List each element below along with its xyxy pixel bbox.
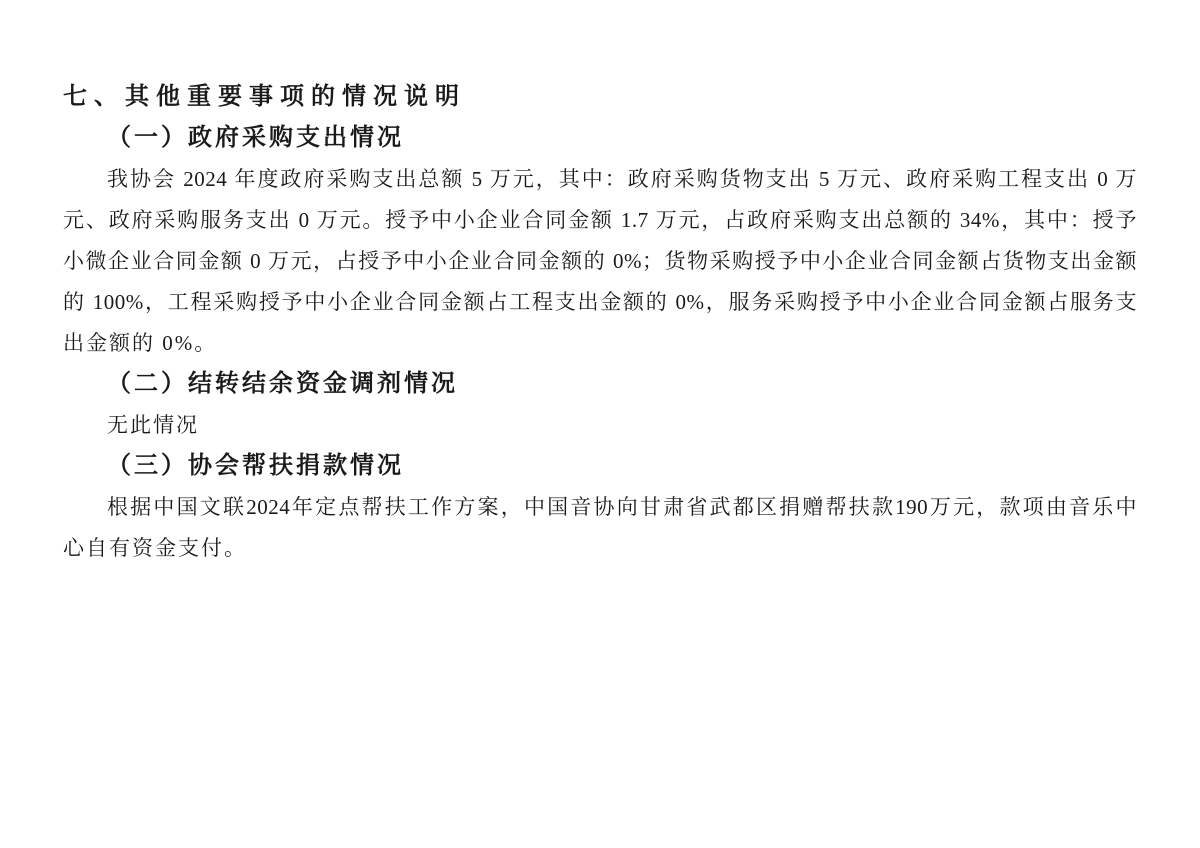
section-1-paragraph-line: 我协会 2024 年度政府采购支出总额 5 万元，其中：政府采购货物支出 5 万… [63,159,1137,200]
section-2-heading: （二）结转结余资金调剂情况 [63,364,1137,405]
document-page: 七、其他重要事项的情况说明 （一）政府采购支出情况 我协会 2024 年度政府采… [63,77,1137,569]
section-3-paragraph-line: 根据中国文联2024年定点帮扶工作方案，中国音协向甘肃省武都区捐赠帮扶款190万… [63,487,1137,528]
section-1-paragraph-line: 元、政府采购服务支出 0 万元。授予中小企业合同金额 1.7 万元，占政府采购支… [63,200,1137,241]
section-1-paragraph-line: 出金额的 0%。 [63,323,1137,364]
section-1-paragraph-line: 的 100%，工程采购授予中小企业合同金额占工程支出金额的 0%，服务采购授予中… [63,282,1137,323]
section-1-heading: （一）政府采购支出情况 [63,118,1137,159]
section-1-paragraph-line: 小微企业合同金额 0 万元，占授予中小企业合同金额的 0%；货物采购授予中小企业… [63,241,1137,282]
section-3-paragraph-line: 心自有资金支付。 [63,528,1137,569]
section-2-paragraph-line: 无此情况 [63,405,1137,446]
section-3-heading: （三）协会帮扶捐款情况 [63,446,1137,487]
main-heading: 七、其他重要事项的情况说明 [63,77,1137,118]
